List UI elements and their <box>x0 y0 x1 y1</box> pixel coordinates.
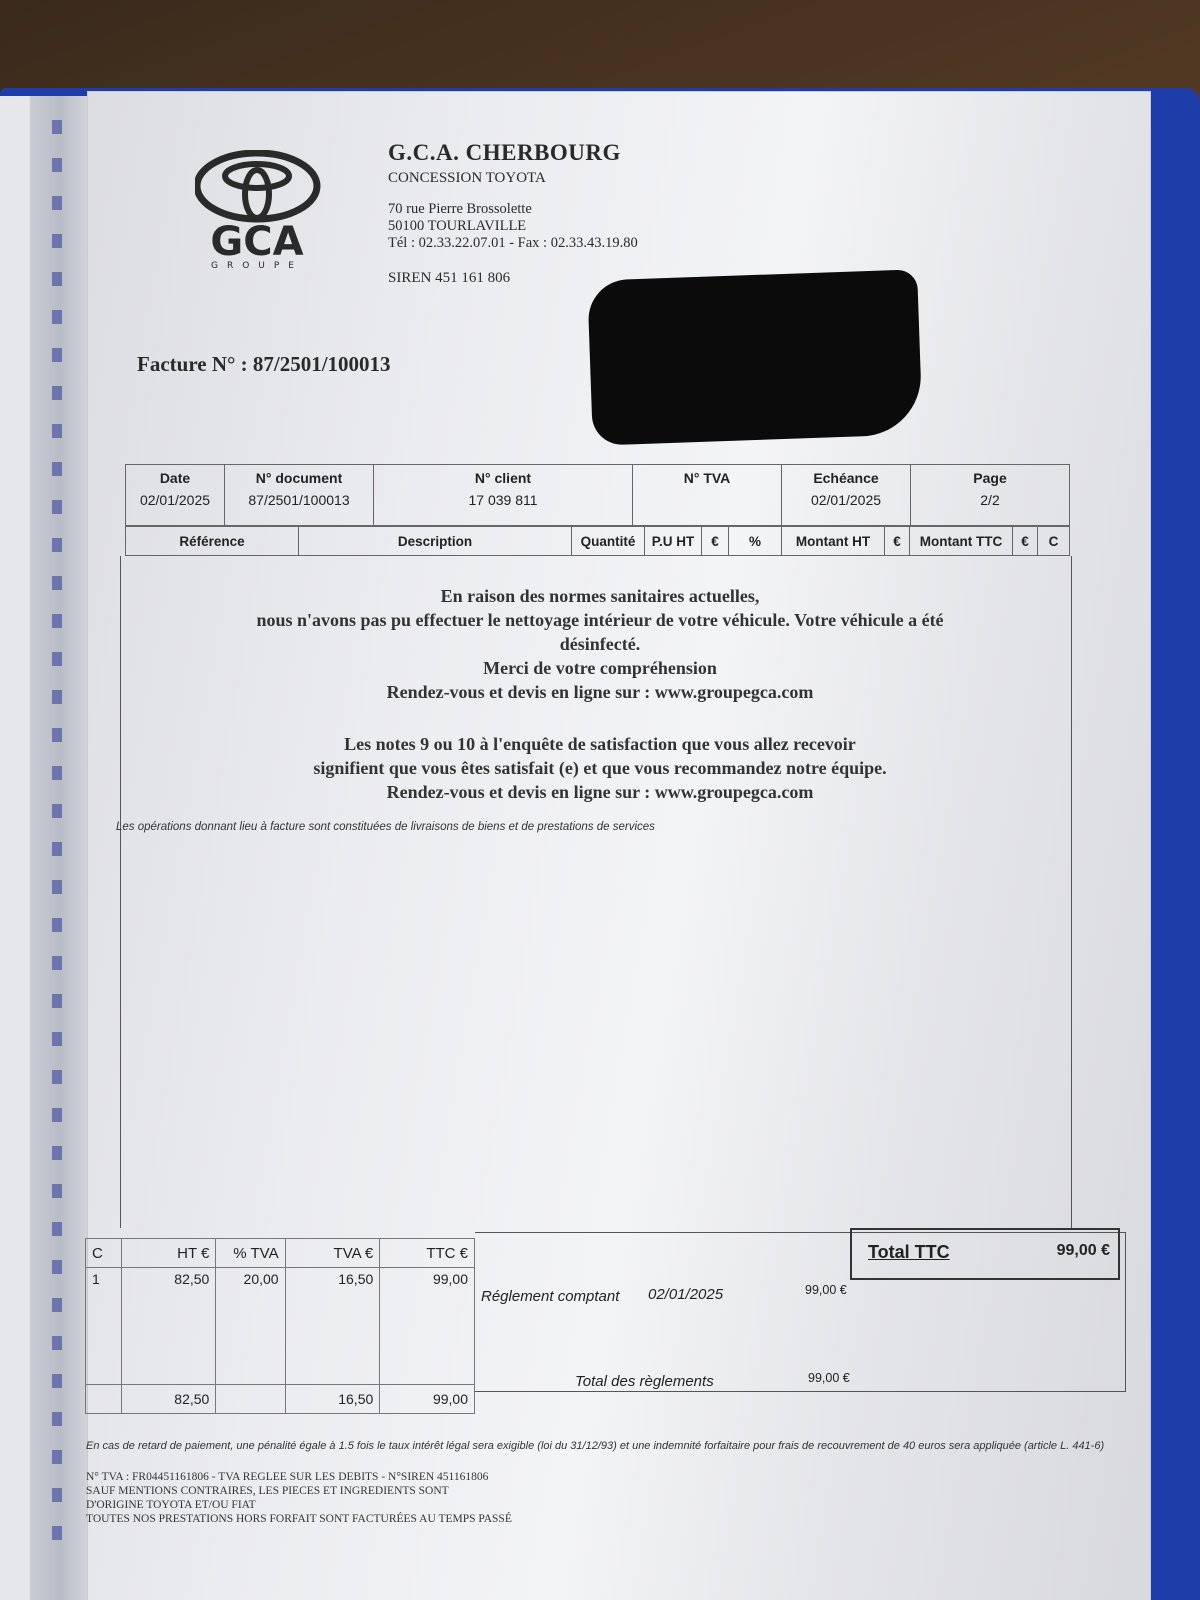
tva-totals-row: 82,50 16,50 99,00 <box>86 1385 475 1414</box>
page-label: Page <box>915 470 1065 486</box>
invoice-header-table: Date02/01/2025 N° document87/2501/100013… <box>125 464 1070 526</box>
page-value: 2/2 <box>980 492 999 508</box>
address-line1: 70 rue Pierre Brossolette <box>388 201 638 218</box>
left-page-edge <box>0 96 30 1600</box>
company-subtitle: CONCESSION TOYOTA <box>388 170 638 187</box>
address-line2: 50100 TOURLAVILLE <box>388 218 638 235</box>
company-name: G.C.A. CHERBOURG <box>388 140 638 166</box>
due-value: 02/01/2025 <box>811 492 881 508</box>
siren: SIREN 451 161 806 <box>388 270 638 287</box>
legal-footer: N° TVA : FR04451161806 - TVA REGLEE SUR … <box>86 1470 512 1526</box>
total-ttc-value: 99,00 € <box>1057 1242 1110 1260</box>
col-pu-ht-currency: € <box>702 527 729 556</box>
tva-label: N° TVA <box>637 470 777 486</box>
client-value: 17 039 811 <box>468 492 537 508</box>
total-ttc-label: Total TTC <box>868 1242 950 1263</box>
client-label: N° client <box>378 470 628 486</box>
redacted-address-part <box>620 280 820 340</box>
payment-amount: 99,00 € <box>805 1283 847 1297</box>
line-items-header: Référence Description Quantité P.U HT € … <box>125 526 1070 556</box>
date-label: Date <box>130 470 220 486</box>
col-reference: Référence <box>126 527 299 556</box>
late-payment-notice: En cas de retard de paiement, une pénali… <box>86 1440 1126 1453</box>
tva-summary-table: C HT € % TVA TVA € TTC € 1 82,50 20,00 1… <box>85 1238 475 1414</box>
payments-total-amount: 99,00 € <box>808 1371 850 1385</box>
col-pu-ht: P.U HT <box>645 527 702 556</box>
payments-total-label: Total des règlements <box>575 1373 714 1390</box>
total-ttc-box: Total TTC 99,00 € <box>850 1228 1120 1280</box>
col-description: Description <box>299 527 572 556</box>
col-montant-ht-currency: € <box>885 527 910 556</box>
binder-holes <box>52 120 62 1560</box>
svg-text:GCA: GCA <box>210 219 303 265</box>
col-montant-ht: Montant HT <box>782 527 885 556</box>
sanitary-message: En raison des normes sanitaires actuelle… <box>120 584 1080 704</box>
invoice-title: Facture N° : 87/2501/100013 <box>137 352 391 377</box>
svg-text:GROUPE: GROUPE <box>211 261 303 270</box>
tva-row: 1 82,50 20,00 16,50 99,00 <box>86 1268 475 1385</box>
col-c: C <box>1038 527 1070 556</box>
col-quantity: Quantité <box>572 527 645 556</box>
col-montant-ttc-currency: € <box>1013 527 1038 556</box>
operations-note: Les opérations donnant lieu à facture so… <box>116 821 655 833</box>
satisfaction-message: Les notes 9 ou 10 à l'enquête de satisfa… <box>120 732 1080 804</box>
doc-value: 87/2501/100013 <box>248 492 349 508</box>
company-block: G.C.A. CHERBOURG CONCESSION TOYOTA 70 ru… <box>388 140 638 287</box>
payment-date: 02/01/2025 <box>648 1286 723 1303</box>
due-label: Echéance <box>786 470 906 486</box>
col-percent: % <box>729 527 782 556</box>
doc-label: N° document <box>229 470 369 486</box>
toyota-gca-logo-icon: GCA GROUPE <box>195 150 325 270</box>
phone-fax: Tél : 02.33.22.07.01 - Fax : 02.33.43.19… <box>388 235 638 252</box>
payment-method: Réglement comptant <box>481 1288 619 1305</box>
col-montant-ttc: Montant TTC <box>910 527 1013 556</box>
date-value: 02/01/2025 <box>140 492 210 508</box>
